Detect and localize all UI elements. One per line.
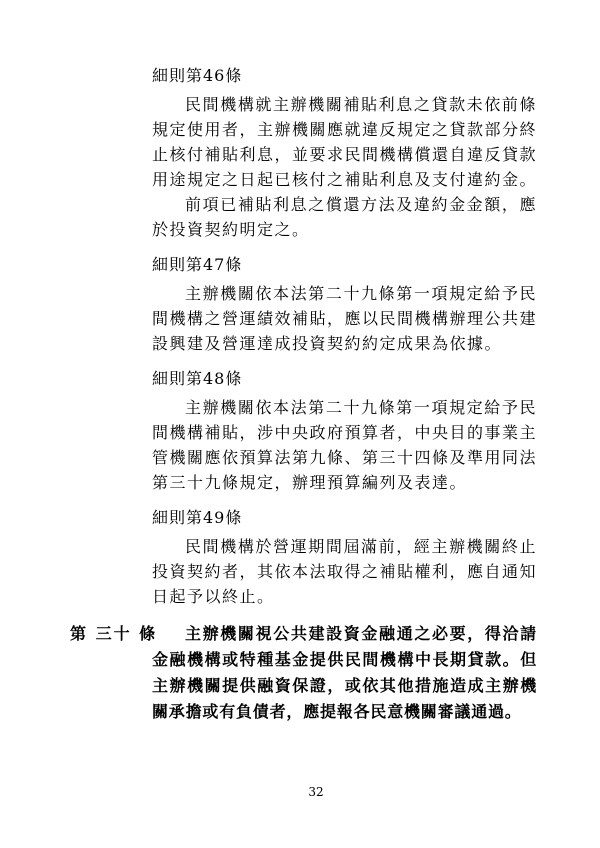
rule-paragraph: 主辦機關依本法第二十九條第一項規定給予民間機構補貼，涉中央政府預算者，中央目的事… xyxy=(152,395,537,495)
rule-paragraph: 前項已補貼利息之償還方法及違約金金額，應於投資契約明定之。 xyxy=(152,192,537,242)
rule-section-46: 細則第46條 民間機構就主辦機關補貼利息之貸款未依前條規定使用者，主辦機關應就違… xyxy=(152,63,537,242)
article-30: 第 三十 條 主辦機關視公共建設資金融通之必要，得洽請金融機構或特種基金提供民間… xyxy=(152,621,537,725)
rule-paragraph: 民間機構於營運期間屆滿前，經主辦機關終止投資契約者，其依本法取得之補貼權利，應自… xyxy=(152,534,537,609)
document-content: 細則第46條 民間機構就主辦機關補貼利息之貸款未依前條規定使用者，主辦機關應就違… xyxy=(152,63,537,725)
rule-heading: 細則第46條 xyxy=(152,63,537,88)
rule-heading: 細則第47條 xyxy=(152,252,537,277)
rule-section-48: 細則第48條 主辦機關依本法第二十九條第一項規定給予民間機構補貼，涉中央政府預算… xyxy=(152,366,537,495)
rule-heading: 細則第48條 xyxy=(152,366,537,391)
document-page: 細則第46條 民間機構就主辦機關補貼利息之貸款未依前條規定使用者，主辦機關應就違… xyxy=(0,0,600,848)
rule-section-47: 細則第47條 主辦機關依本法第二十九條第一項規定給予民間機構之營運績效補貼，應以… xyxy=(152,252,537,356)
page-number: 32 xyxy=(0,784,600,800)
article-number-label: 第 三十 條 xyxy=(70,621,157,647)
article-body: 主辦機關視公共建設資金融通之必要，得洽請金融機構或特種基金提供民間機構中長期貸款… xyxy=(152,621,537,725)
rule-paragraph: 民間機構就主辦機關補貼利息之貸款未依前條規定使用者，主辦機關應就違反規定之貸款部… xyxy=(152,92,537,192)
rule-paragraph: 主辦機關依本法第二十九條第一項規定給予民間機構之營運績效補貼，應以民間機構辦理公… xyxy=(152,281,537,356)
rule-section-49: 細則第49條 民間機構於營運期間屆滿前，經主辦機關終止投資契約者，其依本法取得之… xyxy=(152,505,537,609)
rule-heading: 細則第49條 xyxy=(152,505,537,530)
